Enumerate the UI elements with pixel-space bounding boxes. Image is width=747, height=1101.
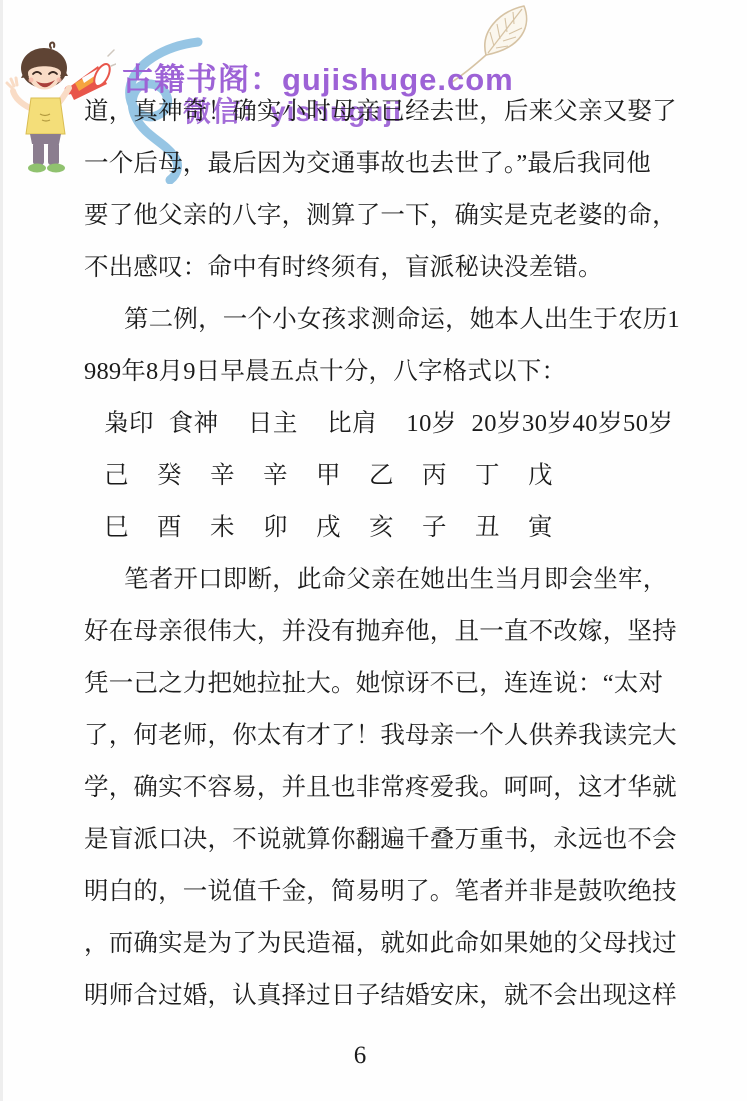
scanned-book-page: 古籍书阁：gujishuge.com 微信：yishuguji 道，真神奇！确实… [0, 0, 747, 1101]
text-line: 了，何老师，你太有才了！我母亲一个人供养我读完大 [84, 710, 674, 762]
bazi-branches-row: 巳 酉 未 卯 戌 亥 子 丑 寅 [84, 502, 674, 554]
text-line: 学，确实不容易，并且也非常疼爱我。呵呵，这才华就 [84, 762, 674, 814]
scan-edge-shadow [0, 0, 3, 1101]
page-number: 6 [300, 1042, 420, 1070]
text-line: ，而确实是为了为民造福，就如此命如果她的父母找过 [84, 918, 674, 970]
text-line: 一个后母，最后因为交通事故也去世了。”最后我同他 [84, 138, 674, 190]
text-line: 989年8月9日早晨五点十分，八字格式以下： [84, 346, 674, 398]
text-line: 第二例，一个小女孩求测命运，她本人出生于农历1 [84, 294, 674, 346]
text-line: 道，真神奇！确实小时母亲已经去世，后来父亲又娶了 [84, 86, 674, 138]
text-line: 要了他父亲的八字，测算了一下，确实是克老婆的命， [84, 190, 674, 242]
text-line: 凭一己之力把她拉扯大。她惊讶不已，连连说：“太对 [84, 658, 674, 710]
bazi-header-row: 枭印 食神 日主 比肩 10岁 20岁30岁40岁50岁 [84, 398, 674, 450]
body-text: 道，真神奇！确实小时母亲已经去世，后来父亲又娶了 一个后母，最后因为交通事故也去… [84, 86, 674, 1022]
text-line: 明师合过婚，认真择过日子结婚安床，就不会出现这样 [84, 970, 674, 1022]
bazi-stems-row: 己 癸 辛 辛 甲 乙 丙 丁 戊 [84, 450, 674, 502]
text-line: 笔者开口即断，此命父亲在她出生当月即会坐牢， [84, 554, 674, 606]
text-line: 不出感叹：命中有时终须有，盲派秘诀没差错。 [84, 242, 674, 294]
text-line: 好在母亲很伟大，并没有抛弃他，且一直不改嫁，坚持 [84, 606, 674, 658]
text-line: 明白的，一说值千金，简易明了。笔者并非是鼓吹绝技 [84, 866, 674, 918]
text-line: 是盲派口决，不说就算你翻遍千叠万重书，永远也不会 [84, 814, 674, 866]
